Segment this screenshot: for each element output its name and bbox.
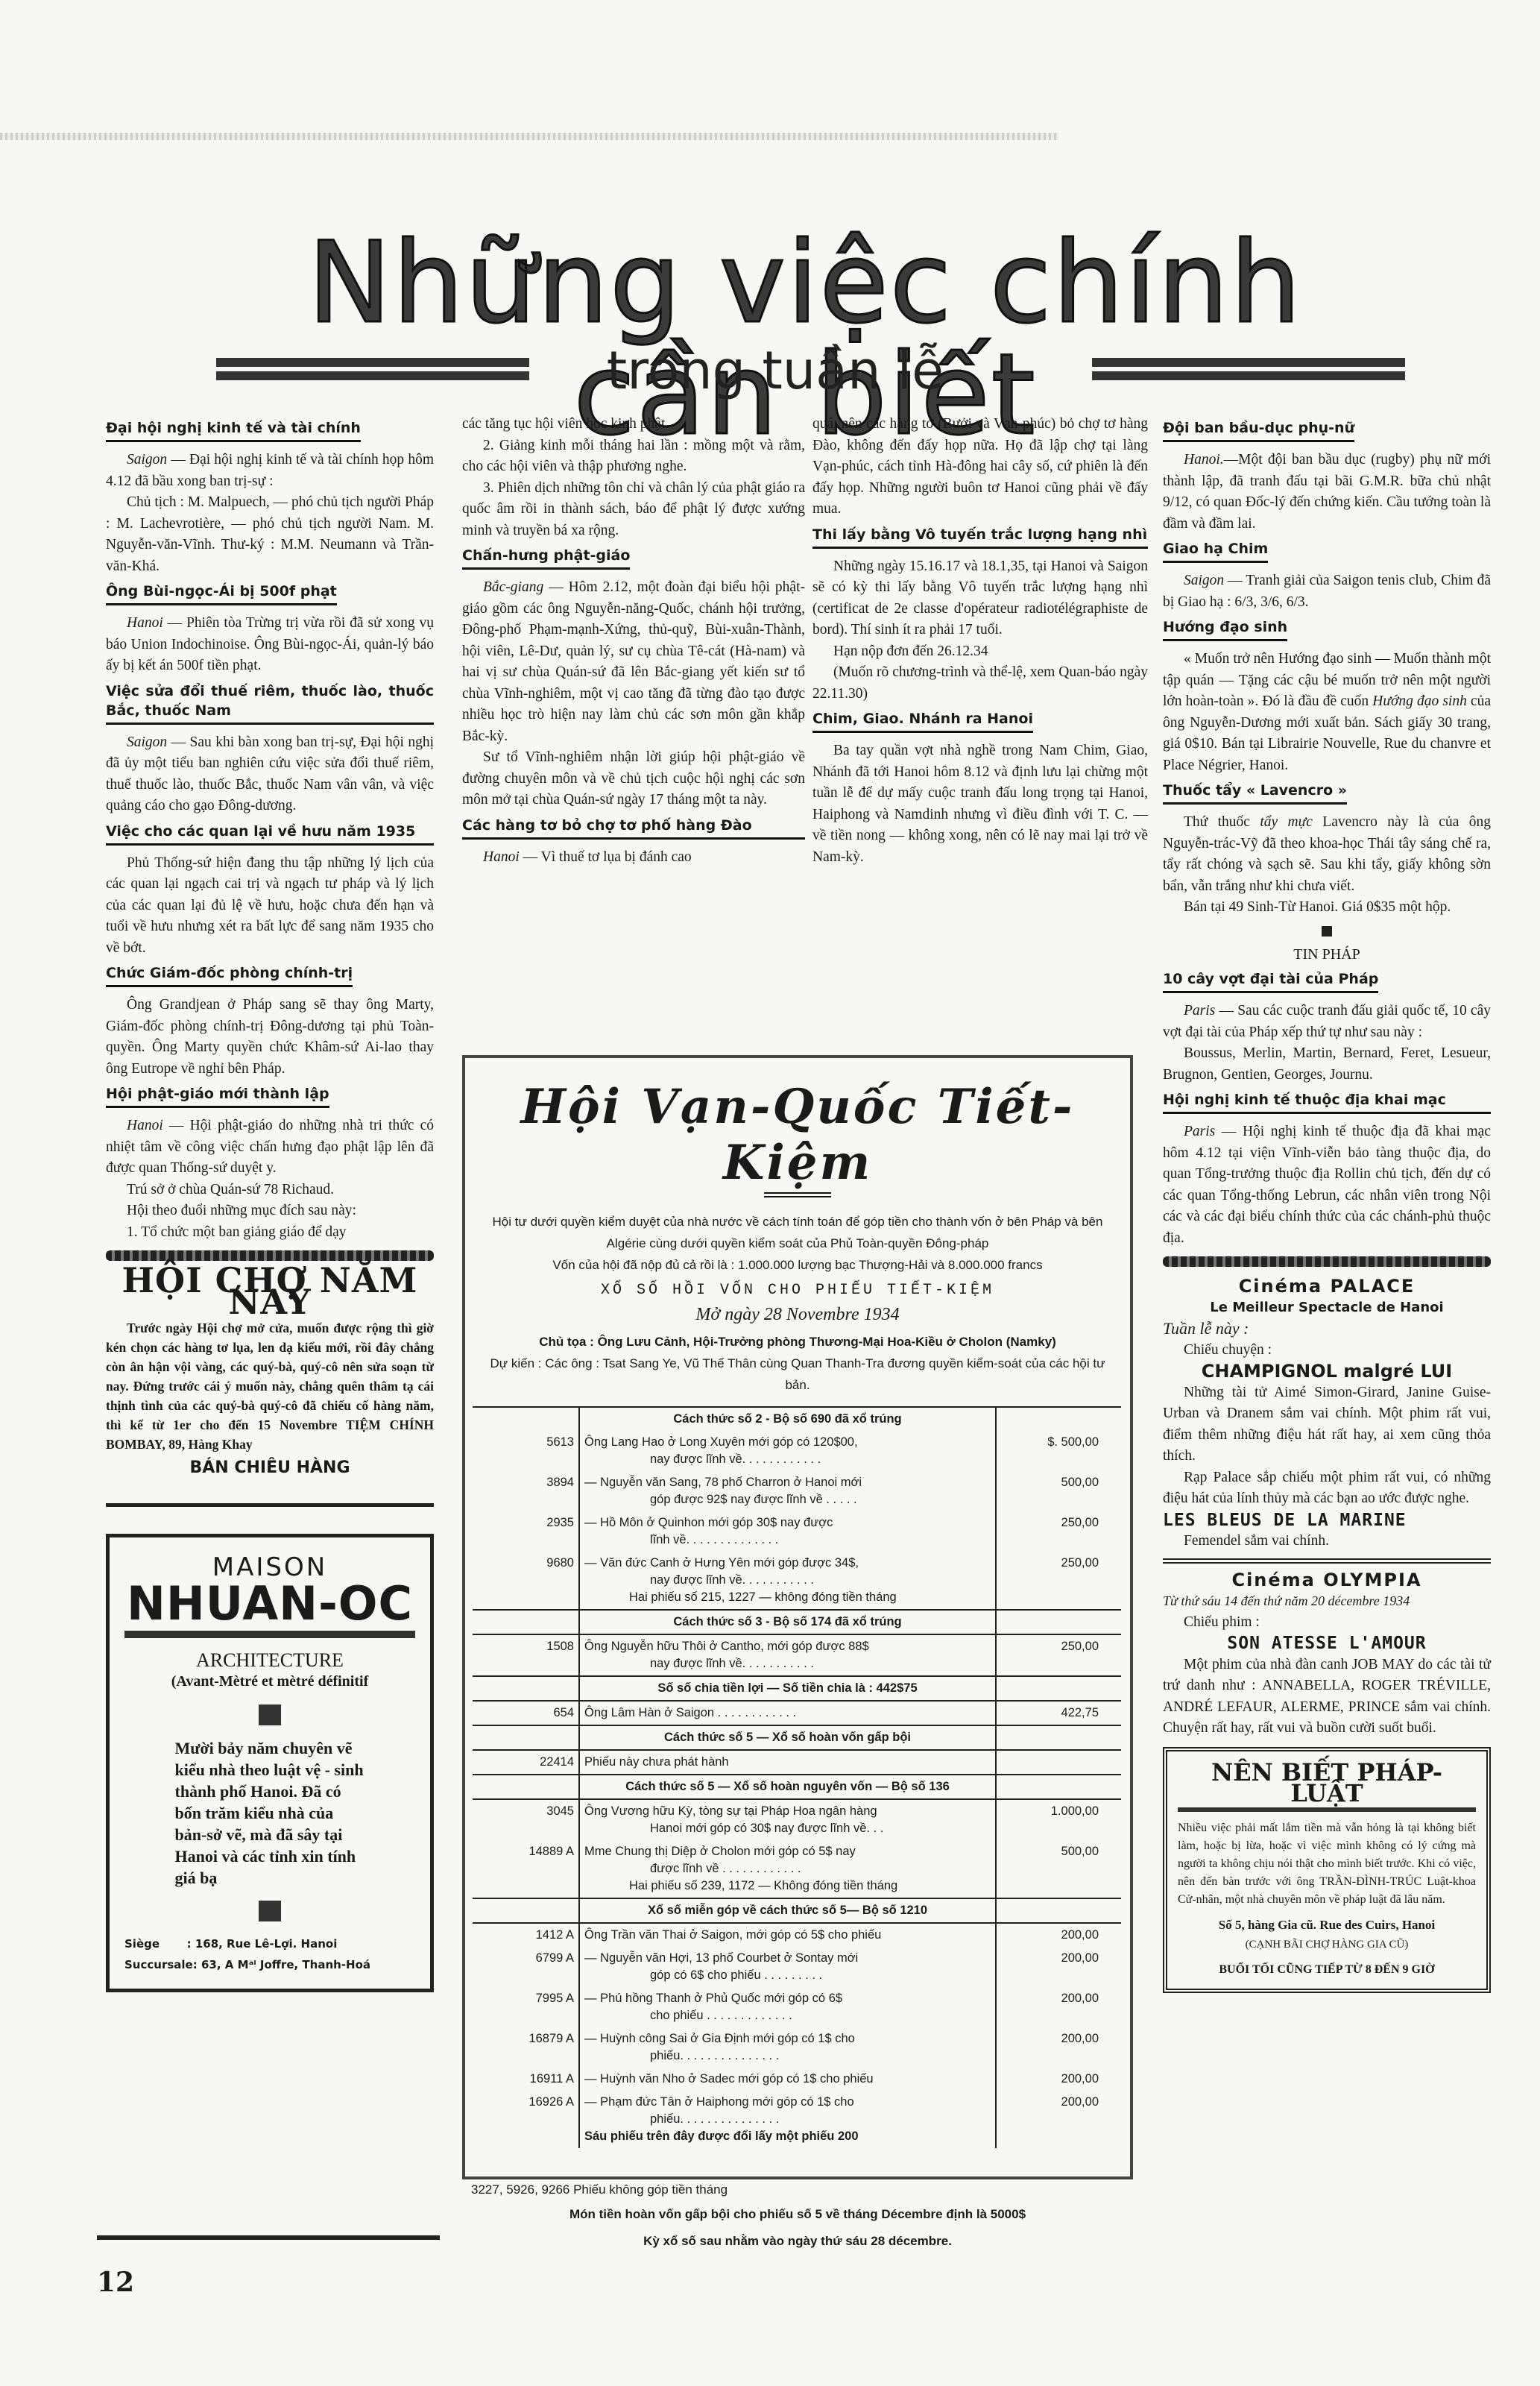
text: nay được lĩnh về. . . . . . . . . . . . (584, 1451, 991, 1468)
winner: Phiếu này chưa phát hành (579, 1750, 996, 1775)
article-heading: Đội ban bầu-dục phụ-nữ (1163, 418, 1354, 442)
article-body: « Muốn trở nên Hướng đạo sinh — Muốn thà… (1163, 649, 1491, 776)
ad-body: Trước ngày Hội chợ mở cửa, muốn được rộn… (106, 1318, 434, 1454)
cinema-name: Cinéma PALACE (1163, 1276, 1491, 1297)
ad-address: Số 5, hàng Gia cũ. Rue des Cuirs, Hanoi (1178, 1916, 1476, 1934)
value: : 168, Rue Lê-Lợi. Hanoi (187, 1937, 338, 1951)
winner: — Hồ Môn ở Quinhon mới góp 30$ nay đượcl… (579, 1511, 996, 1552)
ad-address: Siège : 168, Rue Lê-Lợi. Hanoi Succursal… (124, 1933, 415, 1975)
article-body: Sư tổ Vĩnh-nghiêm nhận lời giúp hội phật… (462, 747, 805, 811)
column-2: các tăng tục hội viên học kinh phật. 2. … (462, 414, 805, 868)
ad-title: Hội Vạn-Quốc Tiết-Kiệm (465, 1079, 1130, 1191)
ticket-number: 16911 A (473, 2068, 579, 2091)
dateline: Saigon (127, 452, 167, 468)
amount: $. 500,00 (996, 1431, 1121, 1471)
ad-maison-label: MAISON (124, 1557, 415, 1578)
section-title: Cách thức số 5 — Xổ số hoàn vốn gấp bội (579, 1725, 996, 1750)
dateline: Paris (1184, 1124, 1215, 1139)
decorative-bars-right (1092, 358, 1405, 388)
winner: Ông Vương hữu Kỳ, tòng sự tại Pháp Hoa n… (579, 1799, 996, 1840)
winner: Ông Lâm Hàn ở Saigon . . . . . . . . . .… (579, 1701, 996, 1725)
article-body: Hạn nộp đơn đến 26.12.34 (812, 641, 1148, 663)
article-body: Saigon — Đại hội nghị kinh tế và tài chí… (106, 450, 434, 492)
article-heading: Chim, Giao. Nhánh ra Hanoi (812, 709, 1033, 733)
dateline: Saigon (1184, 573, 1224, 588)
lottery-results-table: Cách thức số 2 - Bộ số 690 đã xổ trúng 5… (473, 1406, 1121, 2148)
ticket-number: 9680 (473, 1552, 579, 1610)
winner: Mme Chung thị Diệp ở Cholon mới góp có 5… (579, 1840, 996, 1898)
article-body: Những ngày 15.16.17 và 18.1,35, tại Hano… (812, 556, 1148, 641)
table-row: 16879 A— Huỳnh công Sai ở Gia Định mới g… (473, 2027, 1121, 2068)
section-title: Xổ số miễn góp về cách thức số 5— Bộ số … (579, 1898, 996, 1923)
table-row: 5613Ông Lang Hao ở Long Xuyên mới góp có… (473, 1431, 1121, 1471)
article-body: Boussus, Merlin, Martin, Bernard, Feret,… (1163, 1043, 1491, 1086)
masthead: Những việc chính cần biết trong tuần lễ (134, 227, 1416, 406)
article-heading: 10 cây vợt đại tài của Pháp (1163, 969, 1378, 993)
note: Hai phiếu số 215, 1227 — không đóng tiền… (584, 1589, 991, 1606)
amount: 250,00 (996, 1552, 1121, 1610)
dateline: Saigon (127, 734, 167, 750)
ad-footnote: Món tiền hoàn vốn gấp bội cho phiếu số 5… (462, 2205, 1133, 2224)
amount: 250,00 (996, 1634, 1121, 1676)
article-heading: Chấn-hưng phật-giáo (462, 546, 630, 570)
text: phiếu. . . . . . . . . . . . . . . (584, 2111, 991, 2128)
ticket-number: 3045 (473, 1799, 579, 1840)
table-row: 14889 AMme Chung thị Diệp ở Cholon mới g… (473, 1840, 1121, 1898)
article-heading: Thi lấy bằng Vô tuyến trắc lượng hạng nh… (812, 525, 1148, 549)
film-description: Rạp Palace sắp chiếu một phim rất vui, c… (1163, 1467, 1491, 1510)
ad-title: NÊN BIẾT PHÁP-LUẬT (1178, 1762, 1476, 1812)
ticket-number: 6799 A (473, 1947, 579, 1987)
article-body: Ông Grandjean ở Pháp sang sẽ thay ông Ma… (106, 995, 434, 1080)
article-heading: Đại hội nghị kinh tế và tài chính (106, 418, 361, 442)
column-4: Đội ban bầu-dục phụ-nữ Hanoi.—Một đội ba… (1163, 414, 1491, 1993)
ad-cta: BÁN CHIÊU HÀNG (106, 1458, 434, 1478)
article-heading: Hướng đạo sinh (1163, 617, 1287, 641)
showing-label: Chiếu chuyện : (1163, 1340, 1491, 1362)
text: phiếu. . . . . . . . . . . . . . . (584, 2047, 991, 2065)
amount: 200,00 (996, 2091, 1121, 2148)
double-rule-divider (1163, 1558, 1491, 1564)
article-body: Saigon — Sau khi bàn xong ban trị-sự, Đạ… (106, 732, 434, 817)
table-row: 1508Ông Nguyễn hữu Thôi ở Cantho, mới gó… (473, 1634, 1121, 1676)
note: Sáu phiếu trên đây được đổi lấy một phiế… (584, 2128, 991, 2145)
article-heading: Chức Giám-đốc phòng chính-trị (106, 963, 353, 987)
article-heading: Việc sửa đổi thuế riêm, thuốc lào, thuốc… (106, 682, 434, 725)
table-row: 1412 AÔng Trần văn Thai ở Saigon, mới gó… (473, 1923, 1121, 1947)
article-body: Paris — Sau các cuộc tranh đấu giải quốc… (1163, 1001, 1491, 1043)
ad-date: Mở ngày 28 Novembre 1934 (465, 1305, 1130, 1325)
text: — Nguyễn văn Hợi, 13 phố Courbet ở Sonta… (584, 1951, 858, 1965)
text: Ông Nguyễn hữu Thôi ở Cantho, mới góp đư… (584, 1640, 869, 1653)
text: — Hội nghị kinh tế thuộc địa đã khai mạc… (1163, 1124, 1491, 1246)
ad-frame: Hội Vạn-Quốc Tiết-Kiệm Hội tư dưới quyền… (462, 1055, 1133, 2179)
ad-body: Mười bảy năm chuyên vẽ kiểu nhà theo luậ… (175, 1737, 365, 1889)
ad-footnote: Kỳ xổ số sau nhằm vào ngày thứ sáu 28 dé… (462, 2232, 1133, 2251)
table-row: 3894— Nguyễn văn Sang, 78 phố Charron ở … (473, 1471, 1121, 1511)
article-heading: Hội phật-giáo mới thành lập (106, 1084, 329, 1108)
article-body: quá, nên các hàng tơ (Bưởi và Vạn-phúc) … (812, 414, 1148, 520)
ticket-number: 5613 (473, 1431, 579, 1471)
amount: 422,75 (996, 1701, 1121, 1725)
article-body: Chủ tịch : M. Malpuech, — phó chủ tịch n… (106, 492, 434, 577)
scan-edge-strip (0, 133, 1058, 140)
text: lĩnh về. . . . . . . . . . . . . . (584, 1532, 991, 1549)
ticket-number: 654 (473, 1701, 579, 1725)
ticket-number: 3894 (473, 1471, 579, 1511)
article-body: Phủ Thống-sứ hiện đang thu tập những lý … (106, 853, 434, 960)
film-description: Một phim của nhà đàn canh JOB MAY do các… (1163, 1655, 1491, 1740)
film-cast: Femendel sắm vai chính. (1163, 1531, 1491, 1552)
week-label: Tuần lễ này : (1163, 1318, 1491, 1340)
cinema-tagline: Le Meilleur Spectacle de Hanoi (1163, 1297, 1491, 1319)
article-body: Bán tại 49 Sinh-Từ Hanoi. Giá 0$35 một h… (1163, 897, 1491, 919)
article-heading: Ông Bùi-ngọc-Ái bị 500f phạt (106, 582, 337, 605)
section-title: Số số chia tiền lợi — Số tiền chia là : … (579, 1676, 996, 1701)
ad-capital: Vốn của hội đã nộp đủ cả rồi là : 1.000.… (465, 1254, 1130, 1276)
dateline: Hanoi (127, 1118, 163, 1133)
text: Thứ thuốc (1184, 814, 1260, 830)
text: nay được lĩnh về. . . . . . . . . . . (584, 1655, 991, 1672)
ad-footnote: 3227, 5926, 9266 Phiếu không góp tiền th… (462, 2182, 1133, 2197)
table-row: 16926 A— Phạm đức Tân ở Haiphong mới góp… (473, 2091, 1121, 2148)
article-body: Trú sở ở chùa Quán-sứ 78 Richaud. (106, 1180, 434, 1201)
book-title: Hướng đạo sinh (1372, 693, 1467, 709)
article-body: Hanoi — Hội phật-giáo do những nhà tri t… (106, 1115, 434, 1180)
ad-architecture: ARCHITECTURE (124, 1650, 415, 1672)
table-row: 654Ông Lâm Hàn ở Saigon . . . . . . . . … (473, 1701, 1121, 1725)
article-body: Bắc-giang — Hôm 2.12, một đoàn đại biểu … (462, 577, 805, 747)
ad-intro: Hội tư dưới quyền kiểm duyệt của nhà nướ… (465, 1211, 1130, 1254)
amount: 500,00 (996, 1471, 1121, 1511)
wavy-divider (1163, 1256, 1491, 1267)
text: — Hôm 2.12, một đoàn đại biểu hội phật-g… (462, 579, 805, 744)
winner: — Phạm đức Tân ở Haiphong mới góp có 1$ … (579, 2091, 996, 2148)
ticket-number: 14889 A (473, 1840, 579, 1898)
ad-nen-biet-phap-luat: NÊN BIẾT PHÁP-LUẬT Nhiều việc phải mất l… (1163, 1747, 1491, 1993)
article-heading: Hội nghị kinh tế thuộc địa khai mạc (1163, 1090, 1491, 1114)
dateline: Paris (1184, 1003, 1215, 1019)
article-body: Saigon — Tranh giải của Saigon tenis clu… (1163, 570, 1491, 613)
table-section-header: Số số chia tiền lợi — Số tiền chia là : … (473, 1676, 1121, 1701)
column-3: quá, nên các hàng tơ (Bưởi và Vạn-phúc) … (812, 414, 1148, 868)
ticket-number: 16926 A (473, 2091, 579, 2148)
text: Ông Lang Hao ở Long Xuyên mới góp có 120… (584, 1435, 858, 1449)
film-title: LES BLEUS DE LA MARINE (1163, 1510, 1491, 1532)
text: — Vì thuế tơ lụa bị đánh cao (520, 849, 692, 865)
ad-title: HỘI CHỢ NĂM NAY (106, 1270, 434, 1312)
amount: 200,00 (996, 2068, 1121, 2091)
amount: 200,00 (996, 1947, 1121, 1987)
winner: — Nguyễn văn Sang, 78 phố Charron ở Hano… (579, 1471, 996, 1511)
amount: 200,00 (996, 2027, 1121, 2068)
winner: — Huỳnh công Sai ở Gia Định mới góp có 1… (579, 2027, 996, 2068)
divider (106, 1503, 434, 1507)
article-body: Thứ thuốc tẩy mực Lavencro này là của ôn… (1163, 812, 1491, 897)
table-section-header: Xổ số miễn góp về cách thức số 5— Bộ số … (473, 1898, 1121, 1923)
table-section-header: Cách thức số 3 - Bộ số 174 đã xổ trúng (473, 1610, 1121, 1634)
table-row: 7995 A— Phú hồng Thanh ở Phủ Quốc mới gó… (473, 1987, 1121, 2027)
divider (97, 2235, 440, 2240)
ad-metre: (Avant-Mètré et mètré définitif (124, 1671, 415, 1693)
article-body: Hội theo đuổi những mục đích sau này: (106, 1200, 434, 1222)
title-underline (764, 1192, 831, 1197)
article-body: Hanoi.—Một đội ban bầu dục (rugby) phụ n… (1163, 450, 1491, 535)
section-title: Cách thức số 3 - Bộ số 174 đã xổ trúng (579, 1610, 996, 1634)
wavy-divider (106, 1250, 434, 1261)
square-ornament-icon (1322, 926, 1332, 937)
showing-label: Chiếu phim : (1163, 1612, 1491, 1634)
film-title: CHAMPIGNOL malgré LUI (1163, 1361, 1491, 1382)
text: Mme Chung thị Diệp ở Cholon mới góp có 5… (584, 1845, 856, 1858)
square-ornament-icon (259, 1704, 281, 1725)
film-title: SON ATESSE L'AMOUR (1163, 1633, 1491, 1655)
section-title: TIN PHÁP (1163, 944, 1491, 966)
article-body: (Muốn rõ chương-trình và thể-lệ, xem Qua… (812, 662, 1148, 705)
table-section-header: Cách thức số 5 — Xổ số hoàn nguyên vốn —… (473, 1775, 1121, 1799)
winner: — Huỳnh văn Nho ở Sadec mới góp có 1$ ch… (579, 2068, 996, 2091)
ad-nhuan-oc: MAISON NHUAN-OC ARCHITECTURE (Avant-Mètr… (106, 1534, 434, 1992)
table-row: 9680— Văn đức Canh ở Hưng Yên mới góp đư… (473, 1552, 1121, 1610)
article-body: 2. Giảng kinh mỗi tháng hai lần : mồng m… (462, 435, 805, 478)
table-row: 22414Phiếu này chưa phát hành (473, 1750, 1121, 1775)
page-number: 12 (97, 2267, 134, 2298)
table-row: 6799 A— Nguyễn văn Hợi, 13 phố Courbet ở… (473, 1947, 1121, 1987)
column-1: Đại hội nghị kinh tế và tài chính Saigon… (106, 414, 434, 1992)
article-body: Hanoi — Phiên tòa Trừng trị vừa rồi đã s… (106, 613, 434, 677)
amount: 200,00 (996, 1923, 1121, 1947)
value: 63, A Mᵃˡ Joffre, Thanh-Hoá (201, 1958, 370, 1971)
table-row: 2935— Hồ Môn ở Quinhon mới góp 30$ nay đ… (473, 1511, 1121, 1552)
label: Siège (124, 1937, 160, 1951)
ad-cinema-olympia: Cinéma OLYMPIA Từ thứ sáu 14 đến thứ năm… (1163, 1570, 1491, 1740)
text: — Nguyễn văn Sang, 78 phố Charron ở Hano… (584, 1476, 862, 1489)
ad-lottery-heading: XỔ SỐ HỒI VỐN CHO PHIẾU TIẾT-KIỆM (465, 1282, 1130, 1299)
article-heading: Giao hạ Chim (1163, 539, 1268, 563)
amount: 1.000,00 (996, 1799, 1121, 1840)
section-title: Cách thức số 2 - Bộ số 690 đã xổ trúng (579, 1407, 996, 1431)
winner: — Phú hồng Thanh ở Phủ Quốc mới góp có 6… (579, 1987, 996, 2027)
dateline: Hanoi (483, 849, 520, 865)
article-body: Hanoi — Vì thuế tơ lụa bị đánh cao (462, 847, 805, 869)
note: Hai phiếu số 239, 1172 — Không đóng tiền… (584, 1877, 991, 1895)
text: — Phú hồng Thanh ở Phủ Quốc mới góp có 6… (584, 1992, 842, 2005)
ticket-number: 1508 (473, 1634, 579, 1676)
article-body: 1. Tổ chức một ban giảng giáo để dạy (106, 1222, 434, 1244)
text: Ông Vương hữu Kỳ, tòng sự tại Pháp Hoa n… (584, 1804, 877, 1818)
ad-cinema-palace: Cinéma PALACE Le Meilleur Spectacle de H… (1163, 1276, 1491, 1552)
text: — Huỳnh công Sai ở Gia Định mới góp có 1… (584, 2032, 855, 2045)
ad-body: Nhiều việc phải mất lắm tiền mà vẫn hỏng… (1178, 1819, 1476, 1909)
showing-dates: Từ thứ sáu 14 đến thứ năm 20 décembre 19… (1163, 1590, 1491, 1612)
amount: 500,00 (996, 1840, 1121, 1898)
ticket-number: 7995 A (473, 1987, 579, 2027)
article-heading: Các hàng tơ bỏ chợ tơ phố hàng Đào (462, 816, 805, 840)
table-section-header: Cách thức số 5 — Xổ số hoàn vốn gấp bội (473, 1725, 1121, 1750)
cinema-name: Cinéma OLYMPIA (1163, 1570, 1491, 1591)
text: Hanoi mới góp có 30$ nay được lĩnh về. .… (584, 1820, 991, 1837)
dateline: Hanoi. (1184, 452, 1224, 468)
text: được lĩnh về . . . . . . . . . . . . (584, 1860, 991, 1877)
amount: 200,00 (996, 1987, 1121, 2027)
text: — Phạm đức Tân ở Haiphong mới góp có 1$ … (584, 2095, 854, 2109)
ad-brand-name: NHUAN-OC (124, 1578, 415, 1638)
ad-hoi-van-quoc-tiet-kiem: Hội Vạn-Quốc Tiết-Kiệm Hội tư dưới quyền… (462, 1055, 1133, 2278)
table-section-header: Cách thức số 2 - Bộ số 690 đã xổ trúng (473, 1407, 1121, 1431)
ticket-number: 2935 (473, 1511, 579, 1552)
ad-hours: BUỔI TỐI CŨNG TIẾP TỪ 8 ĐẾN 9 GIỜ (1178, 1960, 1476, 1981)
winner: — Văn đức Canh ở Hưng Yên mới góp được 3… (579, 1552, 996, 1610)
text: — Văn đức Canh ở Hưng Yên mới góp được 3… (584, 1556, 859, 1570)
ad-hoi-cho: HỘI CHỢ NĂM NAY Trước ngày Hội chợ mở cử… (106, 1270, 434, 1478)
emphasis: tẩy mực (1260, 814, 1313, 830)
ad-chair: Chủ tọa : Ông Lưu Cảnh, Hội-Trưởng phòng… (465, 1331, 1130, 1353)
article-body: 3. Phiên dịch những tôn chỉ và chân lý c… (462, 478, 805, 542)
text: nay được lĩnh về. . . . . . . . . . . (584, 1572, 991, 1589)
winner: Ông Lang Hao ở Long Xuyên mới góp có 120… (579, 1431, 996, 1471)
text: — Hồ Môn ở Quinhon mới góp 30$ nay được (584, 1516, 833, 1529)
section-title: Cách thức số 5 — Xổ số hoàn nguyên vốn —… (579, 1775, 996, 1799)
ad-address-note: (CẠNH BÃI CHỢ HÀNG GIA CŨ) (1178, 1934, 1476, 1956)
square-ornament-icon (259, 1901, 281, 1921)
amount (996, 1750, 1121, 1775)
amount: 250,00 (996, 1511, 1121, 1552)
winner: — Nguyễn văn Hợi, 13 phố Courbet ở Sonta… (579, 1947, 996, 1987)
dateline: Hanoi (127, 615, 163, 631)
article-body: Paris — Hội nghị kinh tế thuộc địa đã kh… (1163, 1121, 1491, 1249)
text: góp được 92$ nay được lĩnh về . . . . . (584, 1491, 991, 1508)
text: góp có 6$ cho phiếu . . . . . . . . . (584, 1967, 991, 1984)
article-body: Ba tay quần vợt nhà nghề trong Nam Chim,… (812, 740, 1148, 868)
winner: Ông Nguyễn hữu Thôi ở Cantho, mới góp đư… (579, 1634, 996, 1676)
ticket-number: 22414 (473, 1750, 579, 1775)
label: Succursale: (124, 1958, 198, 1971)
ticket-number: 1412 A (473, 1923, 579, 1947)
article-body: các tăng tục hội viên học kinh phật. (462, 414, 805, 435)
article-heading: Việc cho các quan lại về hưu năm 1935 (106, 822, 434, 846)
winner: Ông Trần văn Thai ở Saigon, mới góp có 5… (579, 1923, 996, 1947)
dateline: Bắc-giang (483, 579, 543, 595)
table-row: 16911 A— Huỳnh văn Nho ở Sadec mới góp c… (473, 2068, 1121, 2091)
ad-witness: Dự kiến : Các ông : Tsat Sang Ye, Vũ Thế… (465, 1353, 1130, 1396)
ticket-number: 16879 A (473, 2027, 579, 2068)
film-description: Những tài tử Aimé Simon-Girard, Janine G… (1163, 1382, 1491, 1467)
article-heading: Thuốc tẩy « Lavencro » (1163, 781, 1347, 805)
ad-footer: 3227, 5926, 9266 Phiếu không góp tiền th… (462, 2179, 1133, 2251)
text: cho phiếu . . . . . . . . . . . . . (584, 2007, 991, 2024)
table-row: 3045Ông Vương hữu Kỳ, tòng sự tại Pháp H… (473, 1799, 1121, 1840)
